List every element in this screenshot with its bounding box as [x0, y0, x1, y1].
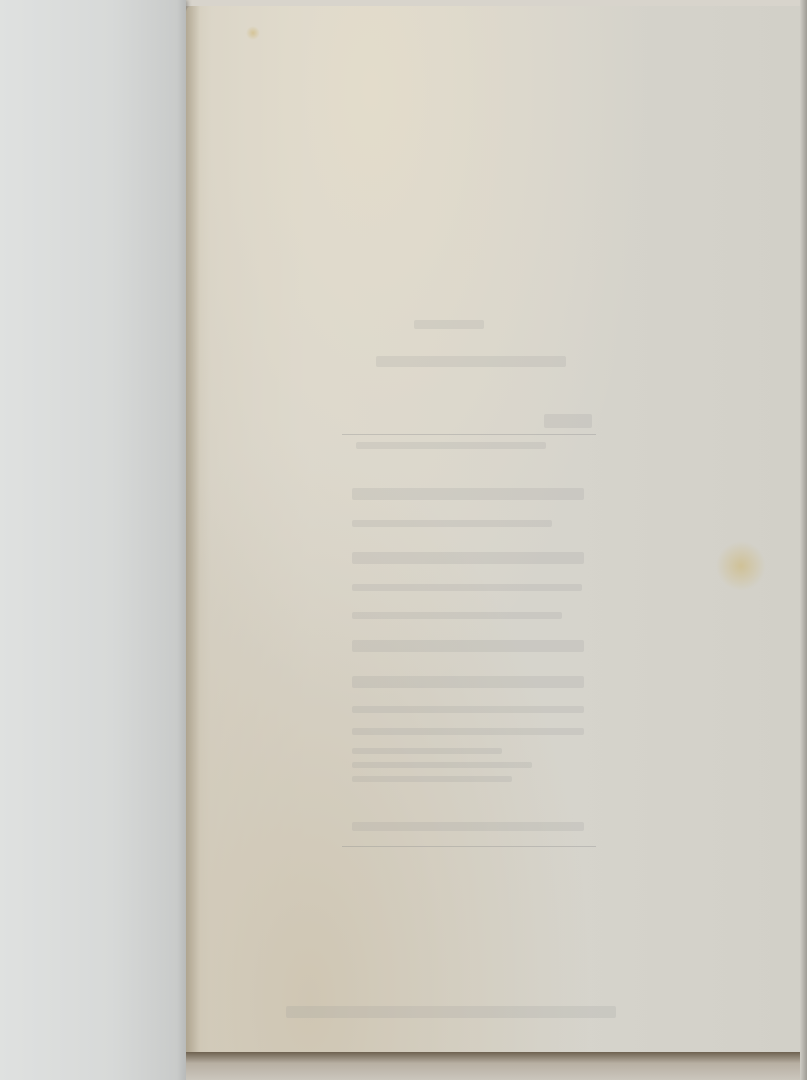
show-through-line [286, 1006, 616, 1018]
show-through-line [352, 748, 502, 754]
show-through-rule [342, 846, 596, 847]
right-page [186, 6, 804, 1052]
show-through-line [352, 552, 584, 564]
gutter-shadow [186, 6, 200, 1052]
show-through-line [352, 776, 512, 782]
paper-stain [716, 541, 766, 591]
show-through-line [414, 320, 484, 329]
show-through-line [544, 414, 592, 428]
paper-stain [246, 26, 260, 40]
show-through-line [352, 584, 582, 591]
show-through-line [352, 822, 584, 831]
show-through-rule [342, 434, 596, 435]
show-through-line [352, 728, 584, 735]
show-through-line [376, 356, 566, 367]
show-through-line [352, 706, 584, 713]
show-through-line [352, 640, 584, 652]
show-through-line [352, 762, 532, 768]
show-through-line [352, 520, 552, 527]
show-through-line [352, 612, 562, 619]
show-through-line [352, 488, 584, 500]
page-bottom-edge [186, 1052, 807, 1080]
show-through-line [352, 676, 584, 688]
left-page-blank [0, 0, 186, 1080]
show-through-line [356, 442, 546, 449]
page-right-edge [800, 0, 807, 1080]
